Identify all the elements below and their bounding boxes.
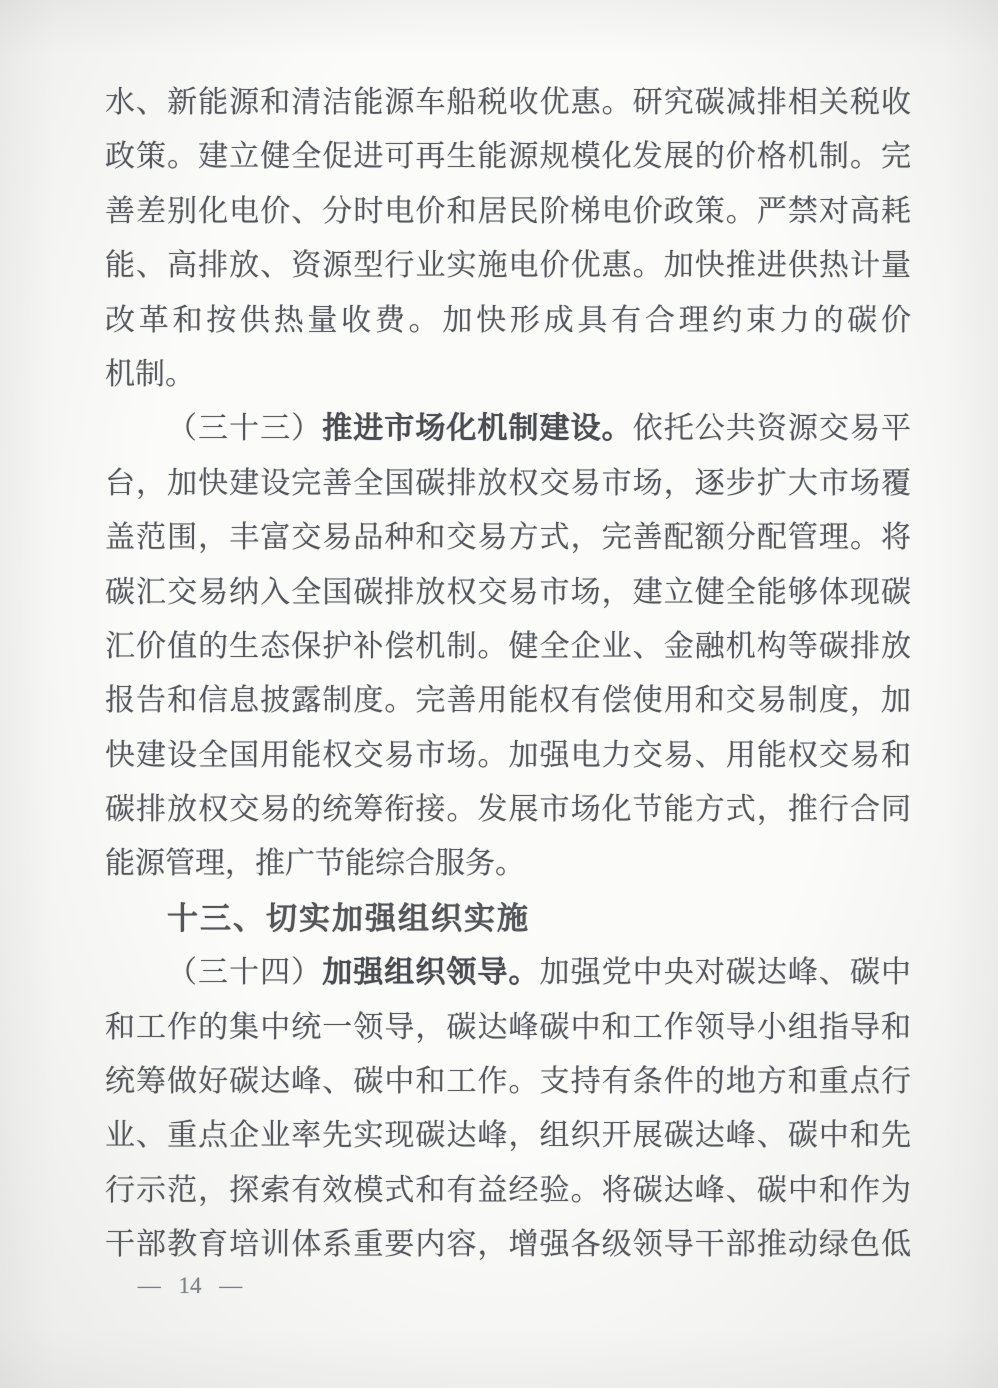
text-segment: 改革和按供热量收费。加快形成具有合理约束力的碳价: [105, 304, 911, 337]
text-segment: （三十四）: [167, 956, 322, 989]
text-line: 报告和信息披露制度。完善用能权有偿使用和交易制度，加: [105, 674, 911, 728]
text-segment: 业、重点企业率先实现碳达峰，组织开展碳达峰、碳中和先: [105, 1119, 911, 1152]
text-line: （三十四）加强组织领导。加强党中央对碳达峰、碳中: [105, 946, 911, 1000]
text-segment: 干部教育培训体系重要内容，增强各级领导干部推动绿色低: [105, 1228, 911, 1261]
text-line: 盖范围，丰富交易品种和交易方式，完善配额分配管理。将: [105, 511, 911, 565]
text-line: 改革和按供热量收费。加快形成具有合理约束力的碳价: [105, 294, 911, 348]
text-segment: 能、高排放、资源型行业实施电价优惠。加快推进供热计量: [105, 249, 911, 282]
text-line: 快建设全国用能权交易市场。加强电力交易、用能权交易和: [105, 729, 911, 783]
text-segment: 盖范围，丰富交易品种和交易方式，完善配额分配管理。将: [105, 521, 911, 554]
text-line: 能源管理，推广节能综合服务。: [105, 837, 911, 891]
text-line: 善差别化电价、分时电价和居民阶梯电价政策。严禁对高耗: [105, 185, 911, 239]
text-line: 业、重点企业率先实现碳达峰，组织开展碳达峰、碳中和先: [105, 1109, 911, 1163]
text-segment: 政策。建立健全促进可再生能源规模化发展的价格机制。完: [105, 140, 911, 173]
text-line: 政策。建立健全促进可再生能源规模化发展的价格机制。完: [105, 130, 911, 184]
text-segment: 机制。: [105, 358, 195, 391]
text-segment: （三十三）: [167, 412, 322, 445]
text-line: 能、高排放、资源型行业实施电价优惠。加快推进供热计量: [105, 239, 911, 293]
text-line: 和工作的集中统一领导，碳达峰碳中和工作领导小组指导和: [105, 1001, 911, 1055]
bold-text-segment: 加强组织领导。: [322, 956, 539, 989]
text-segment: 水、新能源和清洁能源车船税收优惠。研究碳减排相关税收: [105, 86, 911, 119]
text-line: 碳汇交易纳入全国碳排放权交易市场，建立健全能够体现碳: [105, 566, 911, 620]
text-segment: 汇价值的生态保护补偿机制。健全企业、金融机构等碳排放: [105, 630, 911, 663]
text-line: 台，加快建设完善全国碳排放权交易市场，逐步扩大市场覆: [105, 457, 911, 511]
text-line: 汇价值的生态保护补偿机制。健全企业、金融机构等碳排放: [105, 620, 911, 674]
text-line: （三十三）推进市场化机制建设。依托公共资源交易平: [105, 402, 911, 456]
text-segment: 快建设全国用能权交易市场。加强电力交易、用能权交易和: [105, 739, 911, 772]
text-segment: 报告和信息披露制度。完善用能权有偿使用和交易制度，加: [105, 684, 911, 717]
text-segment: 碳汇交易纳入全国碳排放权交易市场，建立健全能够体现碳: [105, 576, 911, 609]
bold-text-segment: 十三、切实加强组织实施: [167, 901, 530, 936]
text-line: 碳排放权交易的统筹衔接。发展市场化节能方式，推行合同: [105, 783, 911, 837]
text-segment: 能源管理，推广节能综合服务。: [105, 847, 525, 880]
text-segment: 台，加快建设完善全国碳排放权交易市场，逐步扩大市场覆: [105, 467, 911, 500]
text-segment: 依托公共资源交易平: [633, 412, 911, 445]
text-segment: 行示范，探索有效模式和有益经验。将碳达峰、碳中和作为: [105, 1174, 911, 1207]
bold-text-segment: 推进市场化机制建设。: [322, 412, 632, 445]
document-page-scan: 水、新能源和清洁能源车船税收优惠。研究碳减排相关税收政策。建立健全促进可再生能源…: [0, 0, 998, 1388]
section-heading: 十三、切实加强组织实施: [105, 892, 911, 946]
text-segment: 和工作的集中统一领导，碳达峰碳中和工作领导小组指导和: [105, 1011, 911, 1044]
text-line: 统筹做好碳达峰、碳中和工作。支持有条件的地方和重点行: [105, 1055, 911, 1109]
text-segment: 碳排放权交易的统筹衔接。发展市场化节能方式，推行合同: [105, 793, 911, 826]
text-line: 干部教育培训体系重要内容，增强各级领导干部推动绿色低: [105, 1218, 911, 1272]
page-number-footer: — 14 —: [120, 1266, 260, 1306]
text-segment: 善差别化电价、分时电价和居民阶梯电价政策。严禁对高耗: [105, 195, 911, 228]
text-line: 机制。: [105, 348, 911, 402]
text-line: 行示范，探索有效模式和有益经验。将碳达峰、碳中和作为: [105, 1164, 911, 1218]
text-segment: 统筹做好碳达峰、碳中和工作。支持有条件的地方和重点行: [105, 1065, 911, 1098]
text-segment: 加强党中央对碳达峰、碳中: [540, 956, 911, 989]
text-line: 水、新能源和清洁能源车船税收优惠。研究碳减排相关税收: [105, 76, 911, 130]
document-text-block: 水、新能源和清洁能源车船税收优惠。研究碳减排相关税收政策。建立健全促进可再生能源…: [105, 76, 911, 1273]
